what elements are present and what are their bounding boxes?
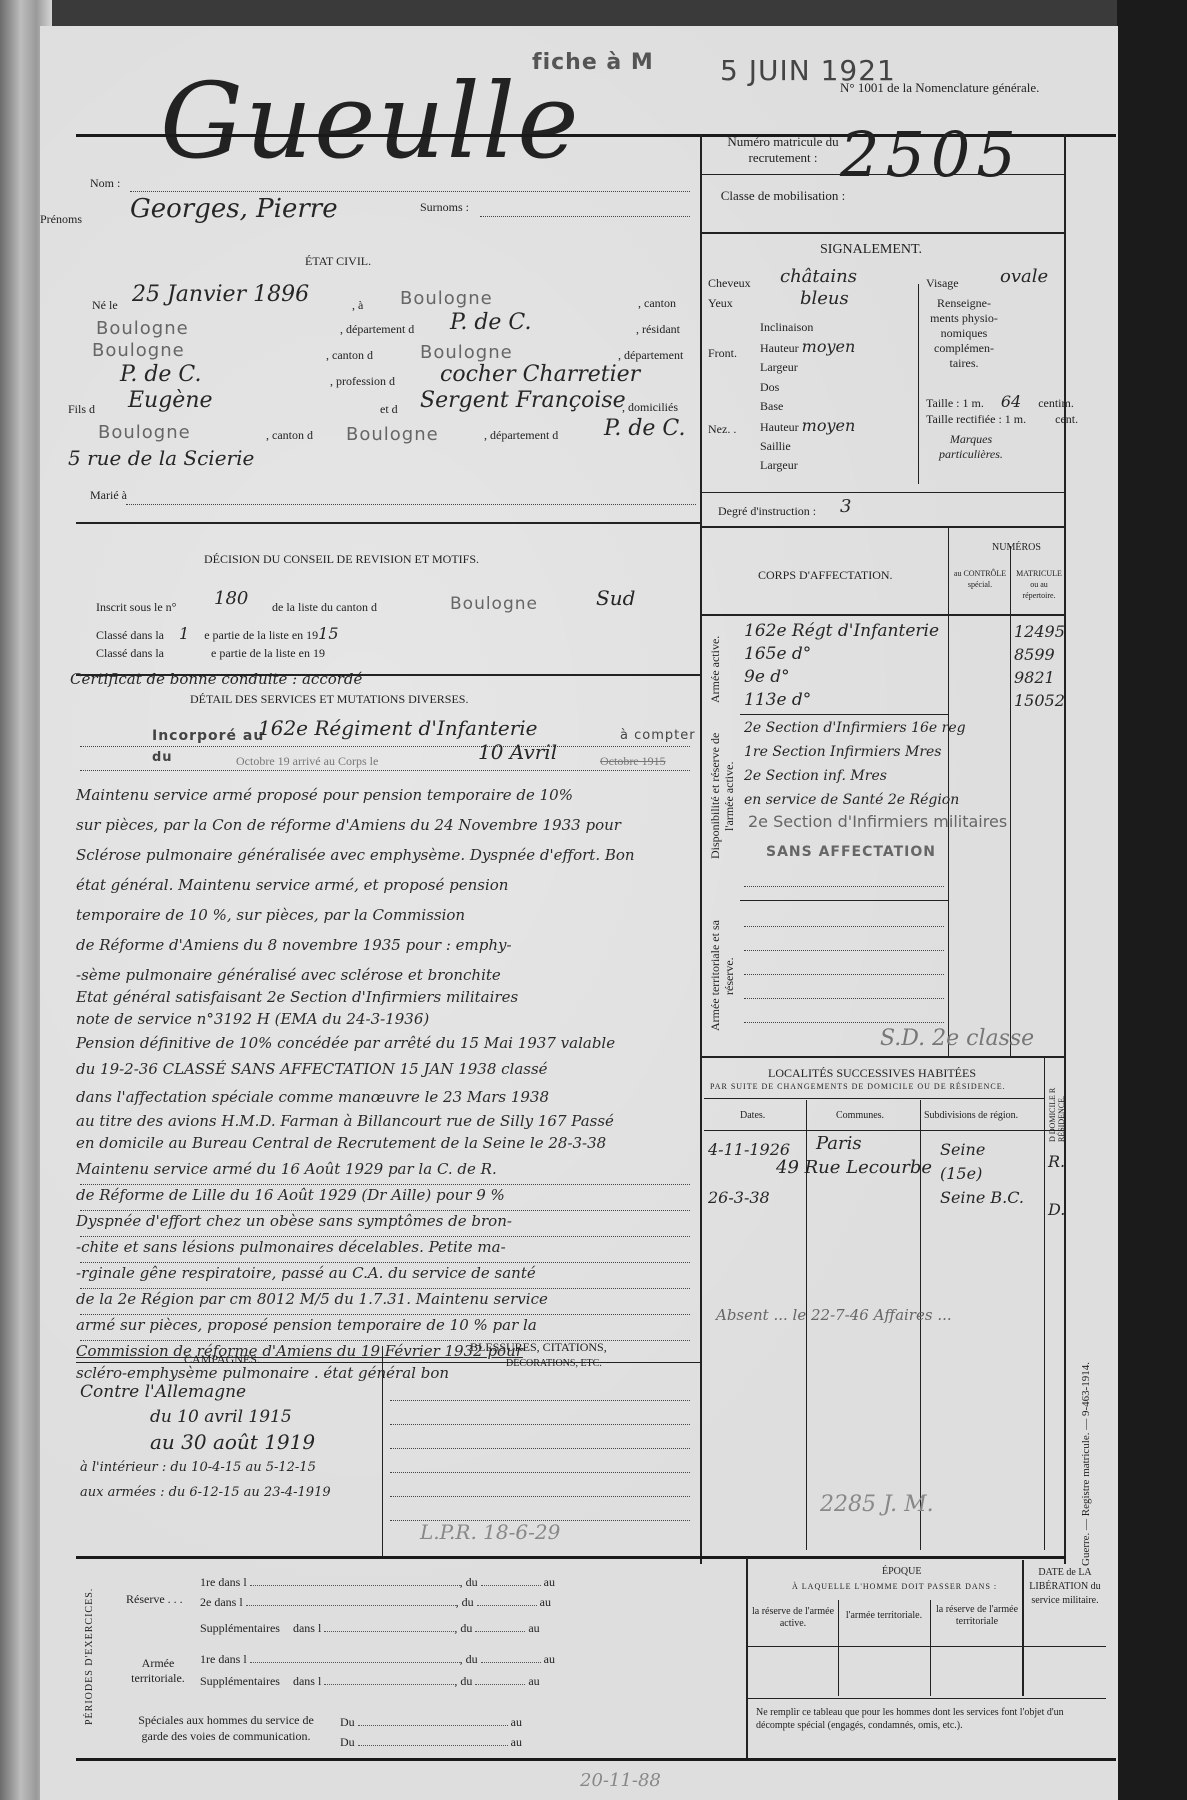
signalement-rule — [702, 492, 1064, 493]
localite-subdivision: Seine B.C. — [940, 1186, 1024, 1210]
ruled-line — [80, 1288, 690, 1289]
prenoms-value: Georges, Pierre — [130, 194, 338, 224]
front-label: Front. — [708, 346, 737, 361]
campagne-line: aux armées : du 6-12-15 au 23-4-1919 — [80, 1480, 331, 1505]
localite-subdivision: (15e) — [940, 1162, 1024, 1186]
matricule-entry: 12495 — [1014, 620, 1065, 643]
localite-subdivision: Seine — [940, 1138, 1024, 1162]
ne-le-label: Né le — [92, 298, 118, 313]
dispo-entry: en service de Santé 2e Région — [744, 788, 966, 812]
front-inclinaison-label: Inclinaison — [760, 318, 855, 337]
localites-dr: R. D. — [1048, 1138, 1065, 1234]
side-registry-text: Guerre. — Registre matricule. — 9-463-19… — [1080, 1266, 1092, 1566]
service-line: Sclérose pulmonaire généralisée avec emp… — [76, 846, 635, 864]
certificat-note: Certificat de bonne conduite : accordé — [70, 670, 362, 688]
epoque-bottom-rule — [748, 1698, 1106, 1699]
signature-stamp: 2285 J. M. — [820, 1492, 934, 1517]
a-compter-label: à compter — [620, 728, 696, 743]
dispo-entry: 2e Section d'Infirmiers 16e reg — [744, 716, 966, 740]
corps-entry: 165e d° — [744, 643, 939, 666]
mere-value: Sergent Françoise — [420, 388, 626, 413]
epoque-col-reserve-active: la réserve de l'armée active. — [750, 1606, 836, 1630]
classe1-partie: 1 — [179, 624, 189, 643]
du-label: du — [152, 750, 173, 765]
campagne-line: Contre l'Allemagne — [80, 1380, 331, 1405]
service-line: -chite et sans lésions pulmonaires décel… — [76, 1238, 506, 1256]
epoque-col-divider — [930, 1600, 931, 1696]
classe2-label: Classé dans la — [96, 646, 164, 660]
arrive-value: 10 Avril — [478, 740, 557, 764]
service-line: Commission de réforme d'Amiens du 19 Fév… — [76, 1342, 523, 1360]
service-line: de Réforme d'Amiens du 8 novembre 1935 p… — [76, 936, 512, 954]
epoque-header-rule — [748, 1646, 1106, 1647]
matricule-list: 12495 8599 9821 15052 — [1014, 620, 1065, 712]
canton3-value: Boulogne — [346, 424, 439, 445]
blessures-dots — [390, 1448, 690, 1449]
nez-largeur-label: Largeur — [760, 456, 855, 475]
front-hauteur-value: moyen — [802, 337, 856, 356]
epoque-col-divider — [838, 1600, 839, 1696]
terr-dots — [744, 974, 944, 975]
territoriale-rows: 1re dans l , du au Supplémentaires dans … — [200, 1648, 555, 1692]
mere-label: et d — [380, 402, 398, 417]
classe2-row: Classé dans la e partie de la liste en 1… — [96, 646, 325, 661]
pere-value: Eugène — [128, 388, 213, 413]
degre-label: Degré d'instruction : — [718, 504, 816, 519]
du-label: , du — [456, 1595, 474, 1609]
classe1-row: Classé dans la 1 e partie de la liste en… — [96, 624, 339, 643]
page-edge-shadow — [1117, 0, 1187, 1800]
blessures-subtitle: DÉCORATIONS, ETC. — [506, 1358, 602, 1369]
supp-label: Supplémentaires — [200, 1621, 280, 1635]
liste-canton-value: Boulogne — [450, 594, 538, 614]
classe1-mid: e partie de la liste en 19 — [204, 628, 318, 642]
dans-label: dans l — [293, 1621, 321, 1635]
service-line: Maintenu service armé du 16 Août 1929 pa… — [76, 1160, 497, 1178]
surnoms-label: Surnoms : — [420, 200, 469, 215]
liste-label: de la liste du canton d — [272, 600, 377, 615]
epoque-title: ÉPOQUE — [882, 1566, 921, 1577]
service-line: temporaire de 10 %, sur pièces, par la C… — [76, 906, 465, 924]
corps-entry: 9e d° — [744, 666, 939, 689]
epoque-left-border — [746, 1558, 748, 1758]
domicile-value: Boulogne — [98, 422, 191, 443]
taille-value: 64 — [1001, 392, 1021, 411]
corps-entry: 113e d° — [744, 689, 939, 712]
ruled-line — [80, 1184, 690, 1185]
blessures-dots — [390, 1496, 690, 1497]
corps-entry: 162e Régt d'Infanterie — [744, 620, 939, 643]
epoque-note: Ne remplir ce tableau que pour les homme… — [756, 1706, 1096, 1732]
reserve-label: Réserve . . . — [126, 1592, 183, 1607]
du-cap: Du — [340, 1715, 355, 1729]
departement3-label: , département d — [484, 428, 558, 443]
inscrit-label: Inscrit sous le n° — [96, 600, 176, 615]
canton3-label: , canton d — [266, 428, 313, 443]
fils-label: Fils d — [68, 402, 95, 417]
au-label: au — [528, 1674, 539, 1688]
terr-dots — [744, 926, 944, 927]
adresse-value: 5 rue de la Scierie — [68, 446, 254, 470]
a-label: , à — [352, 298, 363, 313]
campagnes-list: Contre l'Allemagne du 10 avril 1915 au 3… — [80, 1380, 331, 1505]
matricule-entry: 15052 — [1014, 689, 1065, 712]
etat-civil-title: ÉTAT CIVIL. — [305, 254, 371, 269]
second-label: 2e dans l — [200, 1595, 243, 1609]
blessures-title: BLESSURES, CITATIONS, — [470, 1340, 607, 1355]
localite-dr: D. — [1048, 1186, 1065, 1234]
du-label: , du — [460, 1575, 478, 1589]
degre-value: 3 — [840, 496, 851, 517]
incorpore-label: Incorporé au — [152, 728, 264, 744]
profession-label: , profession d — [330, 374, 395, 389]
classe1-year: 15 — [318, 624, 338, 643]
speciales-rows: Du au Du au — [340, 1712, 522, 1752]
localites-rule — [704, 1098, 1044, 1099]
nomenclature-label: N° 1001 de la Nomenclature générale. — [840, 80, 1039, 96]
reserve-rows: 1re dans l , du au 2e dans l , du au Sup… — [200, 1572, 555, 1638]
campagne-line: à l'intérieur : du 10-4-15 au 5-12-15 — [80, 1455, 331, 1480]
taille-row: Taille : 1 m. 64 centim. — [926, 392, 1074, 411]
incorpore-value: 162e Régiment d'Infanterie — [258, 716, 538, 740]
domicilies-label: , domiciliés — [622, 400, 678, 415]
active-rule — [740, 714, 948, 715]
campagnes-divider — [382, 1346, 383, 1556]
nez-saillie-label: Saillie — [760, 437, 855, 456]
nez-base-label: Base — [760, 397, 855, 416]
main-vertical-divider — [700, 134, 702, 1564]
cheveux-value: châtains — [780, 266, 857, 287]
terr-dots — [744, 998, 944, 999]
supp-label: Supplémentaires — [200, 1674, 280, 1688]
matricule-col-divider — [1010, 546, 1011, 1056]
services-bottom-rule — [76, 1362, 700, 1363]
departement2-label: , département — [618, 348, 683, 363]
matricule-entry: 9821 — [1014, 666, 1065, 689]
service-line: armé sur pièces, proposé pension tempora… — [76, 1316, 537, 1334]
classe-mobilisation-label: Classe de mobilisation : — [708, 188, 858, 204]
localites-header-rule — [704, 1130, 1064, 1131]
dispo-stamp-sans-affectation: SANS AFFECTATION — [766, 844, 936, 860]
liste-suffix-value: Sud — [596, 586, 635, 610]
ruled-line — [80, 1314, 690, 1315]
signalement-divider — [918, 284, 919, 484]
taille-rectifiee-row: Taille rectifiée : 1 m. cent. — [926, 412, 1078, 427]
right-border — [1064, 134, 1066, 1564]
speciales-label: Spéciales aux hommes du service de garde… — [126, 1712, 326, 1744]
service-line: Maintenu service armé proposé pour pensi… — [76, 786, 573, 804]
armee-active-list: 162e Régt d'Infanterie 165e d° 9e d° 113… — [744, 620, 939, 712]
nez-hauteur-label: Hauteur — [760, 420, 799, 434]
service-line: sur pièces, par la Con de réforme d'Amie… — [76, 816, 621, 834]
service-line: au titre des avions H.M.D. Farman à Bill… — [76, 1112, 614, 1130]
col-communes-header: Communes. — [836, 1110, 884, 1121]
ruled-line — [80, 1262, 690, 1263]
arrive-label: Octobre 19 arrivé au Corps le — [236, 754, 378, 769]
cheveux-label: Cheveux — [708, 276, 751, 291]
corps-bottom-rule — [702, 1056, 1064, 1058]
du-cap: Du — [340, 1735, 355, 1749]
conseil-title: DÉCISION DU CONSEIL DE REVISION ET MOTIF… — [204, 552, 479, 567]
localites-note: Absent ... le 22-7-46 Affaires ... — [716, 1306, 952, 1324]
visage-label: Visage — [926, 276, 959, 291]
numeros-title: NUMÉROS — [992, 542, 1041, 553]
classe1-label: Classé dans la — [96, 628, 164, 642]
service-line: état général. Maintenu service armé, et … — [76, 876, 508, 894]
departement-value: P. de C. — [450, 310, 531, 335]
canton2-value: Boulogne — [420, 342, 513, 363]
date-liberation-header: DATE de LA LIBÉRATION du service militai… — [1024, 1566, 1106, 1608]
departement-label: , département d — [340, 322, 414, 337]
services-title: DÉTAIL DES SERVICES ET MUTATIONS DIVERSE… — [190, 692, 468, 707]
au-label: au — [540, 1595, 551, 1609]
blessures-dots — [390, 1400, 690, 1401]
canton2-label: , canton d — [326, 348, 373, 363]
au-label: au — [511, 1715, 522, 1729]
campagne-line: du 10 avril 1915 — [150, 1405, 331, 1430]
campagnes-title: CAMPAGNES. — [184, 1352, 260, 1367]
localites-communes: Paris 49 Rue Lecourbe — [816, 1132, 932, 1180]
service-line: de la 2e Région par cm 8012 M/5 du 1.7.3… — [76, 1290, 548, 1308]
matricule-value: 2505 — [840, 118, 1022, 191]
blessures-dots — [390, 1424, 690, 1425]
du-label: , du — [454, 1621, 472, 1635]
yeux-label: Yeux — [708, 296, 733, 311]
localite-commune: Paris — [816, 1132, 932, 1156]
terr-dots — [744, 950, 944, 951]
au-label: au — [544, 1652, 555, 1666]
canton-value: Boulogne — [96, 318, 189, 339]
departement2-value: P. de C. — [120, 362, 201, 387]
surname-value: Gueulle — [160, 60, 581, 182]
blessures-note: L.P.R. 18-6-29 — [420, 1520, 560, 1544]
visage-value: ovale — [1000, 266, 1048, 287]
yeux-value: bleus — [800, 288, 849, 309]
terr-dots — [744, 1022, 944, 1023]
marie-dots — [126, 504, 696, 505]
residant-label: , résidant — [636, 322, 680, 337]
lieu-naissance-value: Boulogne — [400, 288, 493, 309]
incorpore-dots — [80, 746, 690, 747]
ruled-line — [80, 1236, 690, 1237]
classe2-mid: e partie de la liste en 19 — [211, 646, 325, 660]
signalement-title: SIGNALEMENT. — [820, 242, 922, 258]
epoque-col-territoriale: l'armée territoriale. — [840, 1610, 928, 1622]
departement3-value: P. de C. — [604, 416, 685, 441]
blessures-dots — [390, 1472, 690, 1473]
ne-le-value: 25 Janvier 1896 — [132, 282, 309, 307]
first-label: 1re dans l — [200, 1575, 247, 1589]
du-label: , du — [460, 1652, 478, 1666]
service-line: dans l'affectation spéciale comme manœuv… — [76, 1088, 549, 1106]
degre-rule — [702, 526, 1064, 528]
localite-commune: 49 Rue Lecourbe — [776, 1156, 932, 1180]
localite-dr: R. — [1048, 1138, 1065, 1186]
service-line: Etat général satisfaisant 2e Section d'I… — [76, 988, 518, 1006]
territoriale-periodes-label: Armée territoriale. — [128, 1656, 188, 1686]
territoriale-label: Armée territoriale et sa réserve. — [708, 906, 736, 1046]
classe-rule — [702, 232, 1064, 234]
du-label: , du — [454, 1674, 472, 1688]
profession-value: cocher Charretier — [440, 362, 640, 387]
nom-dots — [130, 191, 690, 192]
service-line: -rginale gêne respiratoire, passé au C.A… — [76, 1264, 536, 1282]
taille-label: Taille : 1 m. — [926, 396, 984, 410]
service-line: du 19-2-36 CLASSÉ SANS AFFECTATION 15 JA… — [76, 1060, 548, 1078]
taille-rectifiee-unit: cent. — [1055, 412, 1078, 426]
renseignements-label: Renseigne-ments physio-nomiques compléme… — [924, 296, 1004, 371]
campagne-line: au 30 août 1919 — [150, 1430, 331, 1455]
inscrit-value: 180 — [214, 588, 248, 609]
au-label: au — [528, 1621, 539, 1635]
nez-hauteur-value: moyen — [802, 416, 856, 435]
residant-value: Boulogne — [92, 340, 185, 361]
epoque-col-reserve-territoriale: la réserve de l'armée territoriale — [932, 1604, 1022, 1628]
marques-label: Marques particulières. — [936, 432, 1006, 462]
surnoms-dots — [480, 216, 690, 217]
taille-unit: centim. — [1038, 396, 1074, 410]
corps-header-rule — [702, 614, 1064, 616]
nez-label: Nez. . — [708, 422, 736, 437]
service-line: -sème pulmonaire généralisé avec scléros… — [76, 966, 501, 984]
col-dates-header: Dates. — [740, 1110, 765, 1121]
nom-label: Nom : — [90, 176, 120, 191]
col-controle-header: au CONTRÔLE spécial. — [952, 568, 1008, 590]
etat-civil-bottom-rule — [76, 522, 700, 524]
prenoms-label: Prénoms — [40, 212, 82, 227]
localites-subdivisions: Seine (15e) Seine B.C. — [940, 1138, 1024, 1210]
armee-active-label: Armée active. — [708, 622, 723, 716]
service-line: de Réforme de Lille du 16 Août 1929 (Dr … — [76, 1186, 505, 1204]
footer-note: 20-11-88 — [580, 1770, 661, 1791]
dispo-rule — [740, 900, 948, 901]
matricule-label: Numéro matricule du recrutement : — [708, 134, 858, 166]
localites-title: LOCALITÉS SUCCESSIVES HABITÉES — [768, 1066, 976, 1081]
periodes-side-label: PÉRIODES D'EXERCICES. — [84, 1566, 95, 1746]
ruled-line — [80, 1210, 690, 1211]
corps-affectation-title: CORPS D'AFFECTATION. — [758, 568, 893, 583]
first-label: 1re dans l — [200, 1652, 247, 1666]
taille-rectifiee-label: Taille rectifiée : 1 m. — [926, 412, 1026, 426]
periodes-top-rule — [76, 1556, 1066, 1559]
col-subdivisions-header: Subdivisions de région. — [924, 1110, 1042, 1121]
matricule-rule — [702, 174, 1064, 175]
col-matricule-header: MATRICULE ou au répertoire. — [1014, 568, 1064, 601]
au-label: au — [511, 1735, 522, 1749]
dans-label: dans l — [293, 1674, 321, 1688]
bottom-rule — [76, 1758, 1116, 1761]
nez-items: Dos Base Hauteur moyen Saillie Largeur — [760, 378, 855, 475]
service-line: en domicile au Bureau Central de Recrute… — [76, 1134, 606, 1152]
matricule-entry: 8599 — [1014, 643, 1065, 666]
nez-dos-label: Dos — [760, 378, 855, 397]
marie-label: Marié à — [90, 488, 127, 503]
au-label: au — [544, 1575, 555, 1589]
canton-label: , canton — [638, 296, 676, 311]
localites-subtitle: PAR SUITE DE CHANGEMENTS DE DOMICILE OU … — [710, 1082, 1006, 1091]
registry-page: fiche à M 5 JUIN 1921 N° 1001 de la Nome… — [40, 26, 1118, 1800]
dispo-dots — [744, 886, 944, 887]
localite-date: 26-3-38 — [708, 1186, 790, 1210]
disponibilite-list: 2e Section d'Infirmiers 16e reg 1re Sect… — [744, 716, 966, 812]
arrive-dots — [80, 770, 690, 771]
front-hauteur-label: Hauteur — [760, 341, 799, 355]
service-line: note de service n°3192 H (EMA du 24-3-19… — [76, 1010, 429, 1028]
dispo-entry: 1re Section Infirmiers Mres — [744, 740, 966, 764]
disponibilite-label: Disponibilité et réserve de l'armée acti… — [708, 716, 736, 876]
arrive-struck: Octobre 1915 — [600, 754, 666, 769]
service-line: Pension définitive de 10% concédée par a… — [76, 1034, 615, 1052]
front-items: Inclinaison Hauteur moyen Largeur — [760, 318, 855, 377]
epoque-subtitle: À LAQUELLE L'HOMME DOIT PASSER DANS : — [792, 1582, 997, 1591]
territoriale-note: S.D. 2e classe — [880, 1026, 1034, 1051]
dispo-stamp-section: 2e Section d'Infirmiers militaires — [748, 812, 1007, 831]
service-line: Dyspnée d'effort chez un obèse sans symp… — [76, 1212, 512, 1230]
front-largeur-label: Largeur — [760, 358, 855, 377]
dispo-entry: 2e Section inf. Mres — [744, 764, 966, 788]
